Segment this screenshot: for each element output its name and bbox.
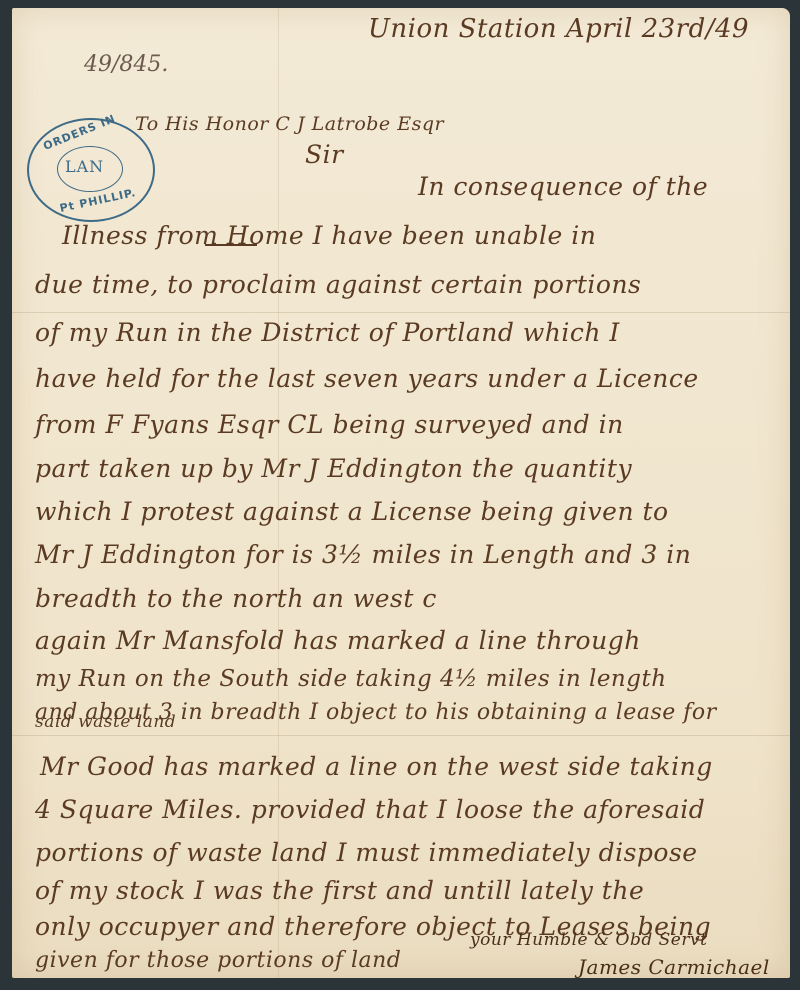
- reference-number: 49/845.: [84, 52, 168, 77]
- salutation: Sir: [305, 140, 344, 169]
- fold-line: [278, 8, 279, 978]
- letter-line: In consequence of the: [418, 172, 708, 201]
- letter-line: Mr J Eddington for is 3½ miles in Length…: [35, 540, 691, 569]
- letter-line: Illness from Home I have been unable in: [62, 221, 596, 250]
- letter-line: again Mr Mansfold has marked a line thro…: [35, 626, 641, 655]
- underline: [205, 244, 257, 246]
- stamp-center-text: LAN: [65, 157, 104, 176]
- letter-line: breadth to the north an west c: [35, 584, 437, 613]
- letter-line: Mr Good has marked a line on the west si…: [40, 752, 713, 781]
- letter-line: of my Run in the District of Portland wh…: [35, 318, 620, 347]
- addressee: To His Honor C J Latrobe Esqr: [135, 113, 444, 135]
- letter-line: part taken up by Mr J Eddington the quan…: [35, 454, 632, 483]
- closing: your Humble & Obd Servt: [470, 930, 707, 950]
- fold-line: [12, 735, 790, 736]
- fold-line: [12, 312, 790, 313]
- letter-line: said waste land: [35, 712, 176, 732]
- place-date: Union Station April 23rd/49: [368, 14, 749, 44]
- letter-line: of my stock I was the first and untill l…: [35, 876, 644, 905]
- letter-line: from F Fyans Esqr CL being surveyed and …: [35, 410, 624, 439]
- letter-line: which I protest against a License being …: [35, 497, 669, 526]
- letter-line: portions of waste land I must immediatel…: [35, 838, 698, 867]
- letter-line: have held for the last seven years under…: [35, 364, 699, 393]
- letter-line: due time, to proclaim against certain po…: [35, 270, 641, 299]
- signature: James Carmichael: [578, 955, 770, 979]
- letter-line: 4 Square Miles. provided that I loose th…: [35, 795, 705, 824]
- letter-line: given for those portions of land: [35, 948, 401, 973]
- letter-line: my Run on the South side taking 4½ miles…: [35, 666, 667, 692]
